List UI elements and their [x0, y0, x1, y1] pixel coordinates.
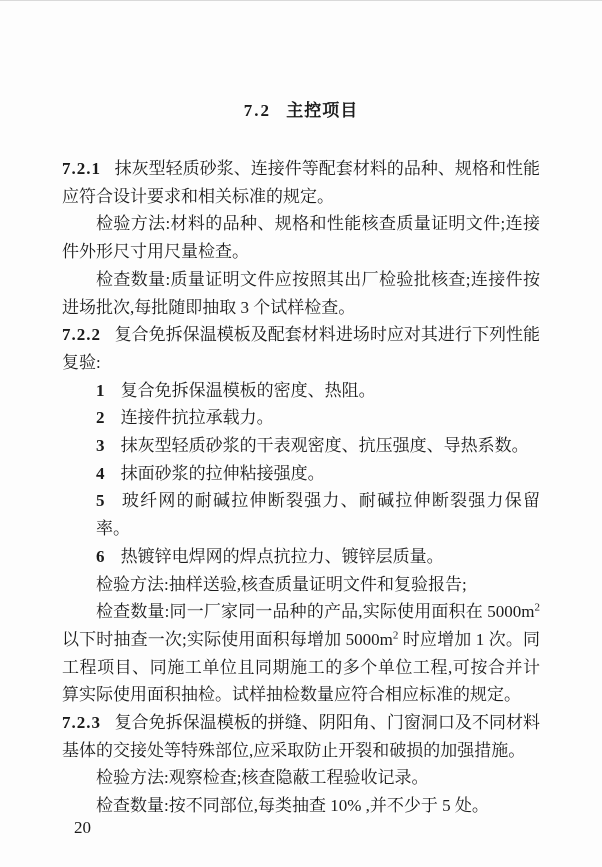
- quantity-seg-2: 以下时抽查一次;实际使用面积每增加 5000m: [62, 630, 393, 649]
- clause-7-2-3-quantity: 检查数量:按不同部位,每类抽查 10% ,并不少于 5 处。: [62, 792, 540, 820]
- clause-7-2-1-label: 7.2.1: [62, 159, 101, 178]
- section-title-name: 主控项目: [286, 101, 358, 120]
- clause-7-2-2-method: 检验方法:抽样送验,核查质量证明文件和复验报告;: [62, 571, 540, 599]
- document-page: 7.2主控项目 7.2.1抹灰型轻质砂浆、连接件等配套材料的品种、规格和性能应符…: [0, 0, 602, 867]
- quantity-seg-1: 检查数量:同一厂家同一品种的产品,实际使用面积在 5000m: [96, 602, 535, 621]
- list-item-5: 5玻纤网的耐碱拉伸断裂强力、耐碱拉伸断裂强力保留率。: [62, 487, 540, 542]
- list-item-5-text: 玻纤网的耐碱拉伸断裂强力、耐碱拉伸断裂强力保留率。: [96, 491, 540, 538]
- clause-7-2-2-label: 7.2.2: [62, 325, 101, 344]
- clause-7-2-2-text: 复合免拆保温模板及配套材料进场时应对其进行下列性能复验:: [62, 325, 540, 372]
- section-title-number: 7.2: [244, 101, 271, 120]
- clause-7-2-1-quantity: 检查数量:质量证明文件应按照其出厂检验批核查;连接件按进场批次,每批随即抽取 3…: [62, 266, 540, 321]
- list-item-1: 1复合免拆保温模板的密度、热阻。: [62, 377, 540, 405]
- list-item-4-text: 抹面砂浆的拉伸粘接强度。: [121, 464, 325, 483]
- body-text: 7.2.1抹灰型轻质砂浆、连接件等配套材料的品种、规格和性能应符合设计要求和相关…: [62, 155, 540, 820]
- list-item-6-number: 6: [96, 547, 105, 566]
- list-item-4-number: 4: [96, 464, 105, 483]
- text-column: 7.2主控项目 7.2.1抹灰型轻质砂浆、连接件等配套材料的品种、规格和性能应符…: [62, 1, 540, 820]
- list-item-5-number: 5: [96, 491, 105, 510]
- clause-7-2-1-method: 检验方法:材料的品种、规格和性能核查质量证明文件;连接件外形尺寸用尺量检查。: [62, 210, 540, 265]
- clause-7-2-1-text: 抹灰型轻质砂浆、连接件等配套材料的品种、规格和性能应符合设计要求和相关标准的规定…: [62, 159, 540, 206]
- page-number: 20: [74, 818, 91, 838]
- clause-7-2-3-method: 检验方法:观察检查;核查隐蔽工程验收记录。: [62, 764, 540, 792]
- list-item-3: 3抹灰型轻质砂浆的干表观密度、抗压强度、导热系数。: [62, 432, 540, 460]
- list-item-1-text: 复合免拆保温模板的密度、热阻。: [121, 381, 376, 400]
- clause-7-2-3-text: 复合免拆保温模板的拼缝、阴阳角、门窗洞口及不同材料基体的交接处等特殊部位,应采取…: [62, 713, 540, 760]
- clause-7-2-3-label: 7.2.3: [62, 713, 101, 732]
- clause-7-2-2-quantity: 检查数量:同一厂家同一品种的产品,实际使用面积在 5000m2 以下时抽查一次;…: [62, 598, 540, 709]
- list-item-2-number: 2: [96, 408, 105, 427]
- list-item-2-text: 连接件抗拉承载力。: [121, 408, 274, 427]
- clause-7-2-3: 7.2.3复合免拆保温模板的拼缝、阴阳角、门窗洞口及不同材料基体的交接处等特殊部…: [62, 709, 540, 764]
- list-item-3-text: 抹灰型轻质砂浆的干表观密度、抗压强度、导热系数。: [121, 436, 529, 455]
- list-item-1-number: 1: [96, 381, 105, 400]
- list-item-2: 2连接件抗拉承载力。: [62, 404, 540, 432]
- list-item-6-text: 热镀锌电焊网的焊点抗拉力、镀锌层质量。: [121, 547, 444, 566]
- square-meter-sup: 2: [535, 602, 541, 614]
- clause-7-2-2: 7.2.2复合免拆保温模板及配套材料进场时应对其进行下列性能复验:: [62, 321, 540, 376]
- section-title: 7.2主控项目: [62, 1, 540, 121]
- list-item-3-number: 3: [96, 436, 105, 455]
- list-item-4: 4抹面砂浆的拉伸粘接强度。: [62, 460, 540, 488]
- list-item-6: 6热镀锌电焊网的焊点抗拉力、镀锌层质量。: [62, 543, 540, 571]
- clause-7-2-1: 7.2.1抹灰型轻质砂浆、连接件等配套材料的品种、规格和性能应符合设计要求和相关…: [62, 155, 540, 210]
